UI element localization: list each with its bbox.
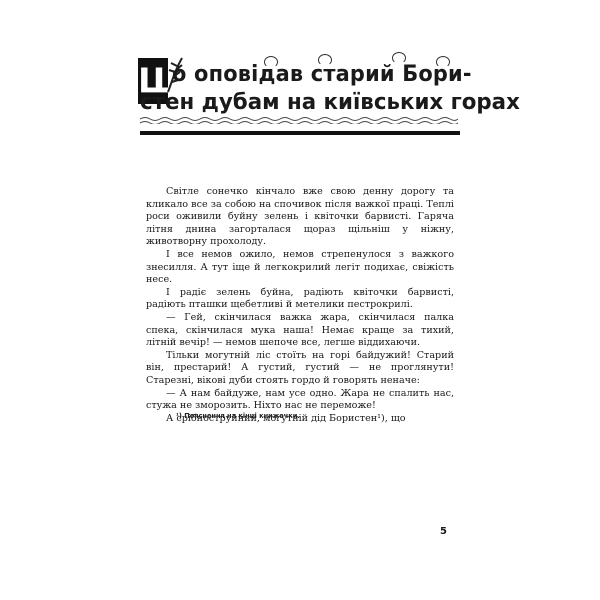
- book-page: Щ о оповідав старий Бори- стен дубам на …: [0, 0, 600, 600]
- paragraph: І радіє зелень буйна, радіють квіточки б…: [146, 287, 454, 312]
- swirl-ornament: [392, 52, 406, 64]
- paragraph: І все немов ожило, немов стрепенулося з …: [146, 249, 454, 287]
- title-rule: [140, 131, 460, 135]
- swirl-ornament: [436, 56, 450, 68]
- wave-ornament: [140, 116, 458, 124]
- swirl-ornament: [318, 54, 332, 66]
- swirl-ornament: [264, 56, 278, 68]
- paragraph: Тільки могутній ліс стоїть на горі байду…: [146, 350, 454, 388]
- paragraph: — Гей, скінчилася важка жара, скінчилася…: [146, 312, 454, 350]
- footnote: ¹) Пояснення на кінці книжечки.: [176, 412, 300, 420]
- body-text: Світле сонечко кінчало вже свою денну до…: [146, 186, 454, 425]
- chapter-title-block: Щ о оповідав старий Бори- стен дубам на …: [136, 52, 462, 132]
- chapter-title-line-1: о оповідав старий Бори-: [172, 62, 472, 87]
- paragraph: Світле сонечко кінчало вже свою денну до…: [146, 186, 454, 249]
- page-number: 5: [440, 526, 447, 537]
- chapter-title-line-2: стен дубам на київських горах: [140, 90, 520, 115]
- paragraph: — А нам байдуже, нам усе одно. Жара не с…: [146, 388, 454, 413]
